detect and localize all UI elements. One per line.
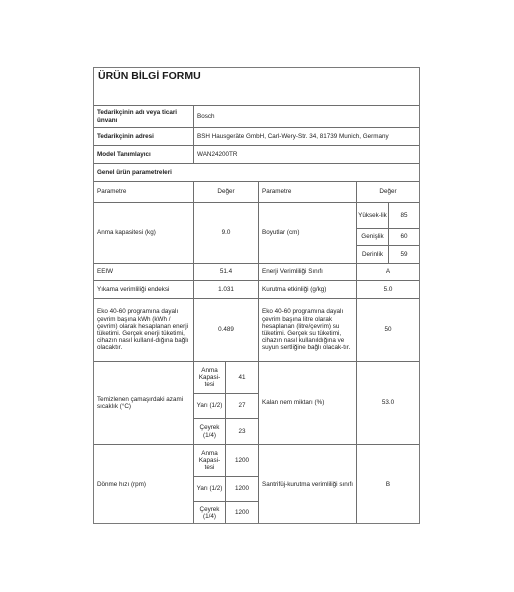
eeiw-label: EEIW [94,264,193,280]
max-temp-quarter-label: Çeyrek (1/4) [194,419,225,444]
max-temp-quarter-value: 23 [226,419,258,444]
model-value: WAN24200TR [194,146,419,163]
capacity-value: 9.0 [194,203,258,263]
energy-class-value: A [357,264,419,280]
model-label: Model Tanımlayıcı [94,146,193,163]
spin-speed-label: Dönme hızı (rpm) [94,445,193,524]
energy-consumption-label: Eko 40-60 programına dayalı çevrim başın… [94,299,193,361]
spin-quarter-value: 1200 [226,502,258,524]
dimension-depth-label: Derinlik [357,246,388,263]
rinse-value: 5.0 [357,281,419,298]
max-temp-label: Temizlenen çamaşırdaki azami sıcaklık (°… [94,362,193,444]
energy-consumption-value: 0.489 [194,299,258,361]
dimension-height-label: Yüksek-lik [357,203,388,228]
moisture-value: 53.0 [357,362,419,444]
dimension-width-value: 60 [389,229,419,245]
wash-index-value: 1.031 [194,281,258,298]
spin-quarter-label: Çeyrek (1/4) [194,502,225,524]
dimension-height-value: 85 [389,203,419,228]
supplier-name-label: Tedarikçinin adı veya ticari ünvanı [94,106,193,127]
header-parameter-1: Parametre [94,182,193,202]
dimension-width-label: Genişlik [357,229,388,245]
section-title: Genel ürün parametreleri [94,164,419,181]
spin-half-label: Yarı (1/2) [194,477,225,501]
header-parameter-2: Parametre [259,182,356,202]
max-temp-rated-value: 41 [226,362,258,393]
rinse-label: Kurutma etkinliği (g/kg) [259,281,356,298]
spin-class-value: B [357,445,419,524]
supplier-address-value: BSH Hausgeräte GmbH, Carl-Wery-Str. 34, … [194,128,419,145]
product-info-sheet: ÜRÜN BİLGİ FORMU Tedarikçinin adı veya t… [93,67,420,524]
dimension-depth-value: 59 [389,246,419,263]
header-value-2: Değer [357,182,419,202]
water-consumption-label: Eko 40-60 programına dayalı çevrim başın… [259,299,356,361]
max-temp-half-value: 27 [226,394,258,418]
max-temp-rated-label: Anma Kapasi-tesi [194,362,225,393]
moisture-label: Kalan nem miktarı (%) [259,362,356,444]
form-title: ÜRÜN BİLGİ FORMU [94,68,419,105]
wash-index-label: Yıkama verimliliği endeksi [94,281,193,298]
spin-rated-label: Anma Kapasi-tesi [194,445,225,476]
dimensions-label: Boyutlar (cm) [259,203,356,263]
max-temp-half-label: Yarı (1/2) [194,394,225,418]
supplier-name-value: Bosch [194,106,419,127]
eeiw-value: 51.4 [194,264,258,280]
capacity-label: Anma kapasitesi (kg) [94,203,193,263]
spin-half-value: 1200 [226,477,258,501]
water-consumption-value: 50 [357,299,419,361]
header-value-1: Değer [194,182,258,202]
supplier-address-label: Tedarikçinin adresi [94,128,193,145]
energy-class-label: Enerji Verimliliği Sınıfı [259,264,356,280]
spin-class-label: Santrifüj-kurutma verimliliği sınıfı [259,445,356,524]
spin-rated-value: 1200 [226,445,258,476]
